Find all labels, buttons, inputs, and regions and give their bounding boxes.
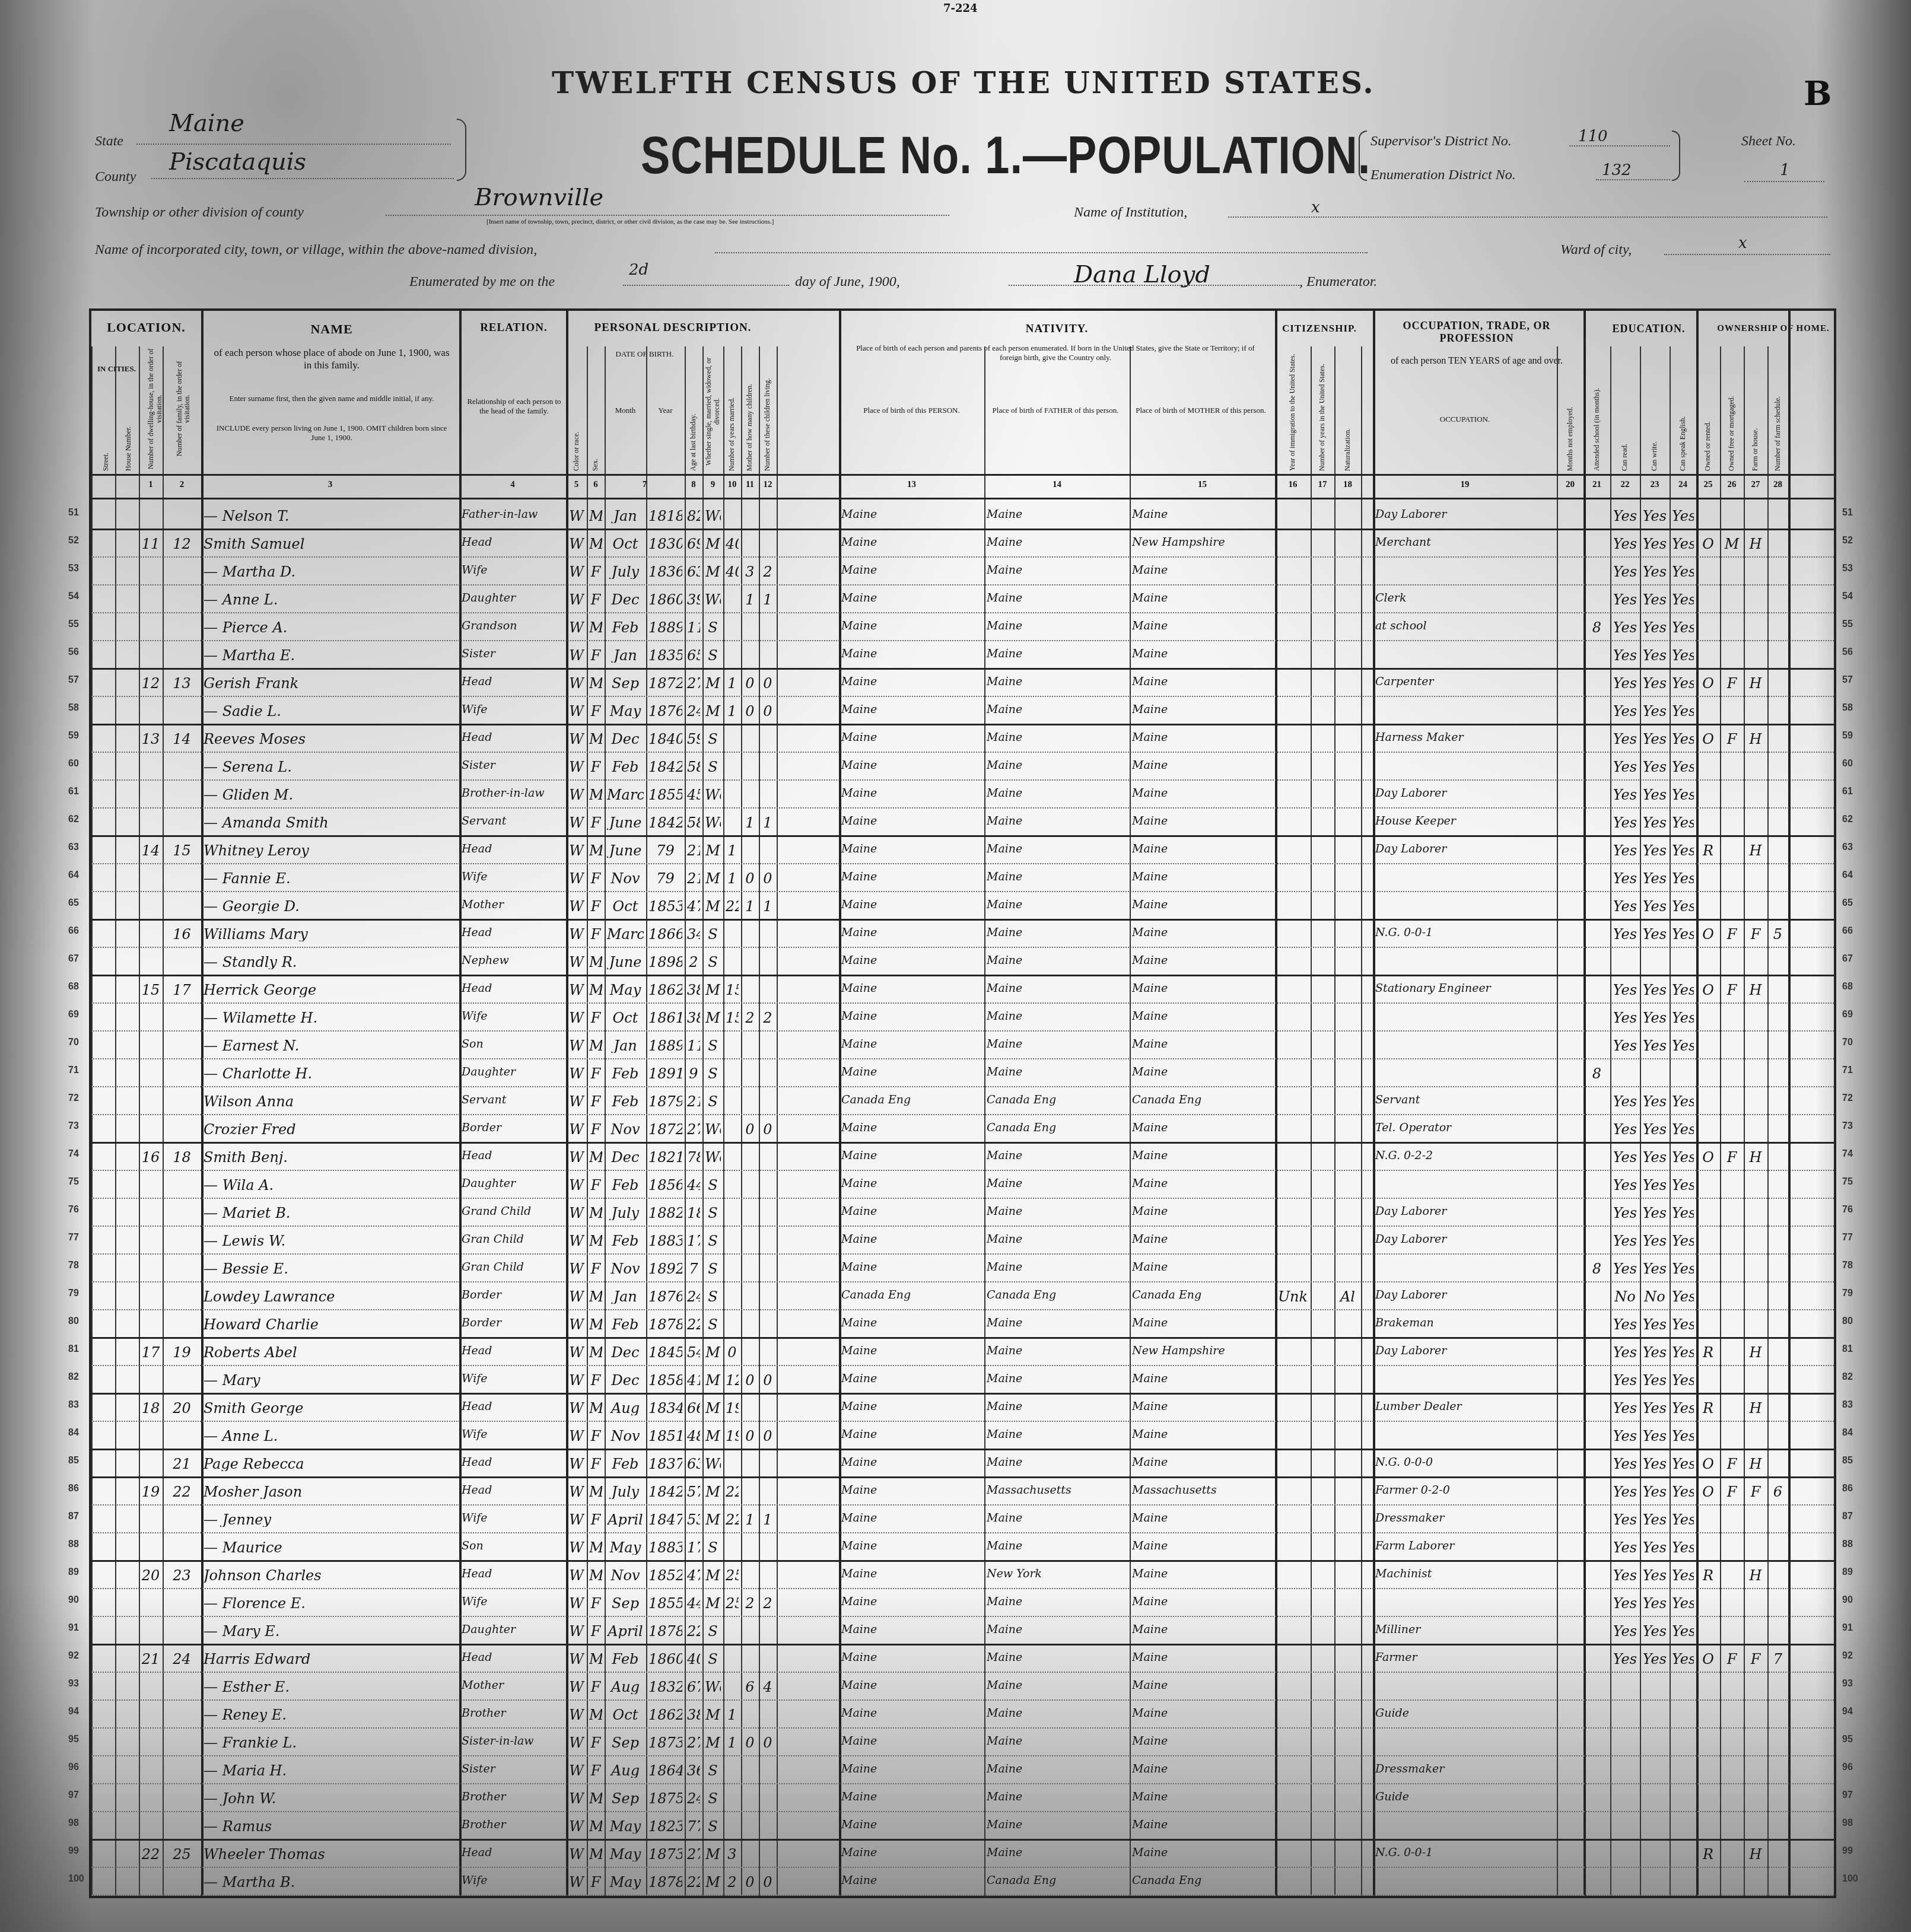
- cell-farm: H: [1746, 1401, 1765, 1415]
- line-number-left: 98: [68, 1818, 79, 1829]
- header-immigration: Year of immigration to the United States…: [1275, 352, 1311, 471]
- institution-line: [1228, 217, 1827, 218]
- cell-color: W: [568, 620, 584, 635]
- cell-color: W: [568, 1568, 584, 1583]
- line-number-left: 63: [68, 842, 79, 853]
- cell-write: Yes: [1642, 509, 1667, 523]
- line-number-left: 93: [68, 1679, 79, 1689]
- cell-english: Yes: [1672, 1011, 1694, 1025]
- cell-english: Yes: [1672, 1513, 1694, 1527]
- cell-bp-father: Maine: [987, 1847, 1127, 1858]
- line-number-left: 91: [68, 1623, 79, 1634]
- cell-dwelling: 15: [141, 983, 160, 997]
- column-number: 18: [1334, 480, 1361, 490]
- cell-age: 2: [687, 955, 700, 969]
- cell-year: 1842: [648, 1485, 682, 1499]
- cell-english: Yes: [1672, 844, 1694, 858]
- cell-bp-mother: Maine: [1132, 1178, 1273, 1189]
- line-number-left: 64: [68, 870, 79, 881]
- cell-farm: F: [1746, 927, 1765, 941]
- cell-marital: S: [705, 1819, 721, 1834]
- cell-occupation: N.G. 0-0-1: [1375, 927, 1554, 938]
- header-years-married: Number of years married.: [723, 352, 741, 471]
- cell-year: 1840: [648, 732, 682, 746]
- table-row: — Earnest N.SonWMJan188911SMaineMaineMai…: [91, 1030, 1788, 1058]
- cell-school: 8: [1586, 1262, 1608, 1276]
- cell-read: Yes: [1613, 1373, 1637, 1387]
- cell-occupation: Harness Maker: [1375, 732, 1554, 743]
- cell-relation: Wife: [462, 1011, 564, 1022]
- cell-write: Yes: [1642, 648, 1667, 663]
- cell-marital: M: [705, 1429, 721, 1443]
- cell-bp-person: Maine: [841, 844, 982, 855]
- table-row: — Martha E.SisterWFJan183565SMaineMaineM…: [91, 640, 1788, 668]
- cell-marital: Wd: [705, 593, 721, 607]
- cell-year: 1855: [648, 1596, 682, 1610]
- cell-marital: S: [705, 1764, 721, 1778]
- cell-year: 1860: [648, 593, 682, 607]
- cell-mother-of: 0: [743, 1875, 756, 1889]
- cell-bp-father: Maine: [987, 955, 1127, 966]
- cell-owned: O: [1699, 1485, 1718, 1499]
- cell-marital: Wd: [705, 1680, 721, 1694]
- cell-english: Yes: [1672, 1317, 1694, 1332]
- cell-owned: O: [1699, 1457, 1718, 1471]
- cell-age: 24: [687, 1791, 700, 1806]
- cell-relation: Wife: [462, 1875, 564, 1886]
- cell-age: 59: [687, 732, 700, 746]
- cell-bp-father: Maine: [987, 1345, 1127, 1357]
- header-sex: Sex.: [587, 352, 605, 471]
- cell-sex: M: [589, 1485, 602, 1499]
- cell-color: W: [568, 565, 584, 579]
- cell-occupation: Farmer 0-2-0: [1375, 1485, 1554, 1496]
- line-number-right: 98: [1842, 1818, 1853, 1829]
- cell-name: — Mariet B.: [203, 1206, 457, 1220]
- cell-free: F: [1722, 1150, 1741, 1164]
- line-number-right: 52: [1842, 536, 1853, 546]
- cell-free: F: [1722, 1485, 1741, 1499]
- cell-family: 14: [165, 732, 199, 746]
- column-number: 21: [1584, 480, 1610, 490]
- cell-living: 0: [761, 1736, 774, 1750]
- cell-bp-father: Maine: [987, 704, 1127, 715]
- cell-bp-person: Maine: [841, 1429, 982, 1440]
- cell-family: 18: [165, 1150, 199, 1164]
- cell-english: Yes: [1672, 676, 1694, 690]
- cell-occupation: House Keeper: [1375, 816, 1554, 827]
- column-number: 16: [1275, 480, 1311, 490]
- line-number-left: 73: [68, 1121, 79, 1132]
- cell-age: 44: [687, 1178, 700, 1192]
- line-number-left: 81: [68, 1344, 79, 1355]
- cell-marital: S: [705, 1624, 721, 1638]
- census-title: TWELFTH CENSUS OF THE UNITED STATES.: [552, 65, 1375, 100]
- cell-farm: F: [1746, 1652, 1765, 1666]
- cell-english: Yes: [1672, 1122, 1694, 1137]
- cell-bp-person: Maine: [841, 593, 982, 604]
- cell-name: — Martha D.: [203, 565, 457, 579]
- cell-month: May: [607, 704, 644, 718]
- cell-occupation: Day Laborer: [1375, 844, 1554, 855]
- cell-bp-person: Maine: [841, 1736, 982, 1747]
- cell-living: 0: [761, 1875, 774, 1889]
- cell-bp-person: Maine: [841, 1819, 982, 1831]
- cell-bp-father: Canada Eng: [987, 1122, 1127, 1134]
- cell-read: Yes: [1613, 1150, 1637, 1164]
- cell-sex: F: [589, 1624, 602, 1638]
- cell-sex: F: [589, 704, 602, 718]
- table-row: — Sadie L.WifeWFMay187624M100MaineMaineM…: [91, 696, 1788, 724]
- cell-relation: Servant: [462, 816, 564, 827]
- cell-color: W: [568, 1290, 584, 1304]
- cell-month: Jan: [607, 1039, 644, 1053]
- cell-sex: M: [589, 1708, 602, 1722]
- cell-sex: F: [589, 1011, 602, 1025]
- line-number-left: 54: [68, 591, 79, 602]
- header-color: Color or race.: [566, 352, 587, 471]
- county-line: [151, 178, 454, 179]
- cell-relation: Head: [462, 1457, 564, 1468]
- cell-free: F: [1722, 1652, 1741, 1666]
- cell-farm: H: [1746, 1345, 1765, 1360]
- cell-english: Yes: [1672, 1596, 1694, 1610]
- header-attended-school: Attended school (in months).: [1584, 352, 1610, 471]
- cell-english: Yes: [1672, 788, 1694, 802]
- column-number: 7: [605, 480, 685, 490]
- header-occupation-desc: of each person TEN YEARS of age and over…: [1379, 355, 1575, 367]
- cell-farm: H: [1746, 537, 1765, 551]
- cell-color: W: [568, 732, 584, 746]
- header-owned-rented: Owned or rented.: [1696, 352, 1720, 471]
- column-number: 13: [839, 480, 984, 490]
- cell-write: Yes: [1642, 1345, 1667, 1360]
- cell-bp-person: Maine: [841, 1262, 982, 1273]
- line-number-left: 53: [68, 564, 79, 574]
- cell-living: 0: [761, 676, 774, 690]
- cell-bp-father: Maine: [987, 593, 1127, 604]
- cell-read: Yes: [1613, 1429, 1637, 1443]
- cell-occupation: Day Laborer: [1375, 1290, 1554, 1301]
- cell-read: Yes: [1613, 788, 1637, 802]
- cell-color: W: [568, 760, 584, 774]
- line-number-left: 84: [68, 1428, 79, 1438]
- cell-living: 1: [761, 593, 774, 607]
- cell-marital: M: [705, 844, 721, 858]
- line-number-left: 97: [68, 1790, 79, 1801]
- cell-marital: M: [705, 537, 721, 551]
- cell-owned: R: [1699, 1568, 1718, 1583]
- cell-age: 27: [687, 1847, 700, 1861]
- line-number-right: 54: [1842, 591, 1853, 602]
- cell-name: — Esther E.: [203, 1680, 457, 1694]
- cell-name: — Maurice: [203, 1540, 457, 1555]
- cell-living: 1: [761, 816, 774, 830]
- cell-age: 22: [687, 1624, 700, 1638]
- cell-age: 21: [687, 1094, 700, 1109]
- cell-month: March: [607, 927, 644, 941]
- cell-marital: Wd: [705, 1122, 721, 1137]
- cell-marital: S: [705, 760, 721, 774]
- table-row: — Reney E.BrotherWMOct186238M1MaineMaine…: [91, 1699, 1788, 1727]
- cell-bp-person: Maine: [841, 1791, 982, 1803]
- cell-write: Yes: [1642, 844, 1667, 858]
- line-number-left: 79: [68, 1288, 79, 1299]
- cell-occupation: Day Laborer: [1375, 1234, 1554, 1245]
- cell-bp-mother: Maine: [1132, 732, 1273, 743]
- cell-month: May: [607, 1540, 644, 1555]
- cell-name: Gerish Frank: [203, 676, 457, 690]
- line-number-right: 60: [1842, 759, 1853, 769]
- cell-schedule: 7: [1770, 1652, 1786, 1666]
- cell-relation: Head: [462, 1485, 564, 1496]
- cell-bp-father: Maine: [987, 1206, 1127, 1217]
- cell-bp-father: Maine: [987, 1764, 1127, 1775]
- cell-bp-mother: Maine: [1132, 509, 1273, 520]
- cell-read: Yes: [1613, 1624, 1637, 1638]
- cell-marital: S: [705, 1290, 721, 1304]
- cell-month: Feb: [607, 1317, 644, 1332]
- cell-month: June: [607, 844, 644, 858]
- cell-marital: M: [705, 1011, 721, 1025]
- line-number-left: 52: [68, 536, 79, 546]
- state-value: Maine: [169, 110, 244, 137]
- cell-sex: F: [589, 899, 602, 914]
- cell-color: W: [568, 1317, 584, 1332]
- cell-age: 47: [687, 1568, 700, 1583]
- cell-bp-father: Maine: [987, 760, 1127, 771]
- cell-bp-mother: Maine: [1132, 1122, 1273, 1134]
- cell-yrs-married: 40: [726, 565, 739, 579]
- column-number: 4: [459, 480, 566, 490]
- cell-english: Yes: [1672, 1485, 1694, 1499]
- cell-bp-person: Maine: [841, 509, 982, 520]
- cell-month: Oct: [607, 899, 644, 914]
- cell-color: W: [568, 1122, 584, 1137]
- cell-color: W: [568, 1624, 584, 1638]
- cell-year: 1876: [648, 1290, 682, 1304]
- cell-write: Yes: [1642, 676, 1667, 690]
- cell-yrs-married: 1: [726, 1708, 739, 1722]
- cell-living: 1: [761, 1513, 774, 1527]
- cell-read: Yes: [1613, 1178, 1637, 1192]
- cell-name: — Lewis W.: [203, 1234, 457, 1248]
- table-row: 1922Mosher JasonHeadWMJuly184257M22Maine…: [91, 1476, 1788, 1504]
- cell-bp-person: Maine: [841, 1150, 982, 1161]
- cell-occupation: Carpenter: [1375, 676, 1554, 688]
- table-row: 1517Herrick GeorgeHeadWMMay186238M15Main…: [91, 975, 1788, 1002]
- line-number-left: 57: [68, 675, 79, 686]
- line-number-right: 91: [1842, 1623, 1853, 1634]
- cell-english: Yes: [1672, 1624, 1694, 1638]
- cell-year: 1852: [648, 1568, 682, 1583]
- cell-year: 1818: [648, 509, 682, 523]
- cell-occupation: Machinist: [1375, 1568, 1554, 1580]
- cell-age: 22: [687, 1317, 700, 1332]
- cell-sex: F: [589, 760, 602, 774]
- cell-name: Crozier Fred: [203, 1122, 457, 1137]
- cell-english: Yes: [1672, 1094, 1694, 1109]
- cell-month: Dec: [607, 1345, 644, 1360]
- line-number-right: 71: [1842, 1065, 1853, 1076]
- cell-read: Yes: [1613, 760, 1637, 774]
- cell-english: Yes: [1672, 1039, 1694, 1053]
- cell-year: 1842: [648, 760, 682, 774]
- cell-color: W: [568, 1513, 584, 1527]
- cell-write: Yes: [1642, 1178, 1667, 1192]
- line-number-left: 69: [68, 1010, 79, 1020]
- cell-age: 34: [687, 927, 700, 941]
- header-farm-house: Farm or house.: [1744, 352, 1767, 471]
- line-number-right: 85: [1842, 1456, 1853, 1466]
- cell-year: 1836: [648, 565, 682, 579]
- cell-write: Yes: [1642, 1429, 1667, 1443]
- cell-sex: M: [589, 1401, 602, 1415]
- cell-living: 0: [761, 1373, 774, 1387]
- cell-marital: S: [705, 1178, 721, 1192]
- state-line: [136, 144, 451, 145]
- cell-bp-mother: Maine: [1132, 704, 1273, 715]
- cell-farm: H: [1746, 676, 1765, 690]
- cell-sex: F: [589, 1122, 602, 1137]
- header-house-number: House Number.: [118, 376, 139, 471]
- cell-write: Yes: [1642, 1373, 1667, 1387]
- cell-owned: R: [1699, 844, 1718, 858]
- cell-read: Yes: [1613, 537, 1637, 551]
- line-number-right: 92: [1842, 1651, 1853, 1662]
- cell-bp-mother: Maine: [1132, 1819, 1273, 1831]
- cell-name: Roberts Abel: [203, 1345, 457, 1360]
- column-number: 2: [163, 480, 201, 490]
- cell-english: Yes: [1672, 1262, 1694, 1276]
- cell-color: W: [568, 1039, 584, 1053]
- cell-mother-of: 2: [743, 1596, 756, 1610]
- cell-yrs-married: 19: [726, 1429, 739, 1443]
- cell-occupation: Tel. Operator: [1375, 1122, 1554, 1134]
- cell-bp-person: Maine: [841, 1596, 982, 1608]
- enumerator-line: [1009, 285, 1299, 286]
- cell-marital: S: [705, 955, 721, 969]
- cell-month: April: [607, 1513, 644, 1527]
- cell-occupation: Merchant: [1375, 537, 1554, 548]
- cell-english: Yes: [1672, 1401, 1694, 1415]
- table-row: 1415Whitney LeroyHeadWMJune7921M1MaineMa…: [91, 835, 1788, 863]
- cell-read: Yes: [1613, 648, 1637, 663]
- cell-sex: F: [589, 1373, 602, 1387]
- cell-farm: H: [1746, 983, 1765, 997]
- cell-relation: Head: [462, 1150, 564, 1161]
- cell-sex: M: [589, 1150, 602, 1164]
- cell-living: 2: [761, 1596, 774, 1610]
- cell-occupation: Day Laborer: [1375, 1206, 1554, 1217]
- cell-name: — Florence E.: [203, 1596, 457, 1610]
- cell-month: July: [607, 1485, 644, 1499]
- table-row: — Wila A.DaughterWFFeb185644SMaineMaineM…: [91, 1170, 1788, 1198]
- line-number-right: 61: [1842, 787, 1853, 797]
- cell-relation: Mother: [462, 899, 564, 911]
- county-label: County: [95, 169, 136, 185]
- cell-bp-father: New York: [987, 1568, 1127, 1580]
- cell-english: Yes: [1672, 816, 1694, 830]
- header-marital: Whether single, married, widowed, or div…: [702, 352, 723, 471]
- cell-bp-person: Maine: [841, 983, 982, 994]
- cell-occupation: at school: [1375, 620, 1554, 632]
- cell-bp-father: Maine: [987, 1262, 1127, 1273]
- cell-occupation: N.G. 0-0-0: [1375, 1457, 1554, 1468]
- table-row: Wilson AnnaServantWFFeb187921SCanada Eng…: [91, 1086, 1788, 1114]
- column-number: 25: [1696, 480, 1720, 490]
- cell-marital: M: [705, 899, 721, 914]
- column-number: 9: [702, 480, 723, 490]
- cell-bp-mother: Canada Eng: [1132, 1290, 1273, 1301]
- cell-bp-person: Maine: [841, 899, 982, 911]
- cell-bp-person: Maine: [841, 1513, 982, 1524]
- table-row: — Georgie D.MotherWFOct185347M2211MaineM…: [91, 891, 1788, 919]
- cell-free: F: [1722, 732, 1741, 746]
- header-birth-father: Place of birth of FATHER of this person.: [984, 406, 1127, 415]
- cell-relation: Mother: [462, 1680, 564, 1691]
- cell-write: Yes: [1642, 1401, 1667, 1415]
- cell-bp-mother: Maine: [1132, 1262, 1273, 1273]
- cell-living: 0: [761, 1122, 774, 1137]
- cell-write: Yes: [1642, 1568, 1667, 1583]
- header-divider: [91, 474, 1834, 476]
- cell-dwelling: 11: [141, 537, 160, 551]
- cell-sex: M: [589, 788, 602, 802]
- cell-read: Yes: [1613, 1122, 1637, 1137]
- cell-yrs-married: 15: [726, 983, 739, 997]
- enumerator-label: , Enumerator.: [1299, 274, 1377, 290]
- cell-free: F: [1722, 676, 1741, 690]
- line-number-right: 73: [1842, 1121, 1853, 1132]
- enumeration-line: [1596, 179, 1670, 180]
- cell-family: 24: [165, 1652, 199, 1666]
- cell-read: Yes: [1613, 1540, 1637, 1555]
- cell-marital: M: [705, 1401, 721, 1415]
- cell-age: 18: [687, 1206, 700, 1220]
- header-education: EDUCATION.: [1584, 323, 1714, 335]
- cell-bp-father: Canada Eng: [987, 1290, 1127, 1301]
- cell-month: Aug: [607, 1764, 644, 1778]
- city-line: [715, 252, 1368, 253]
- cell-read: Yes: [1613, 1513, 1637, 1527]
- table-row: 2124Harris EdwardHeadWMFeb186040SMaineMa…: [91, 1644, 1788, 1672]
- cell-occupation: Lumber Dealer: [1375, 1401, 1554, 1412]
- cell-living: 0: [761, 704, 774, 718]
- cell-bp-mother: Maine: [1132, 648, 1273, 660]
- line-number-right: 80: [1842, 1316, 1853, 1327]
- cell-month: Feb: [607, 620, 644, 635]
- cell-age: 41: [687, 1373, 700, 1387]
- cell-month: Oct: [607, 1708, 644, 1722]
- cell-year: 1878: [648, 1875, 682, 1889]
- cell-age: 27: [687, 1122, 700, 1137]
- cell-name: Reeves Moses: [203, 732, 457, 746]
- enumerated-suffix: day of June, 1900,: [795, 274, 900, 290]
- cell-sex: F: [589, 1680, 602, 1694]
- cell-relation: Wife: [462, 1513, 564, 1524]
- cell-year: 1876: [648, 704, 682, 718]
- cell-sex: M: [589, 1540, 602, 1555]
- cell-english: Yes: [1672, 732, 1694, 746]
- cell-bp-person: Maine: [841, 1317, 982, 1329]
- cell-bp-mother: Maine: [1132, 760, 1273, 771]
- cell-family: 16: [165, 927, 199, 941]
- line-number-right: 93: [1842, 1679, 1853, 1689]
- cell-bp-mother: Maine: [1132, 983, 1273, 994]
- cell-mother-of: 0: [743, 704, 756, 718]
- table-row: — Martha B.WifeWFMay187822M200MaineCanad…: [91, 1867, 1788, 1895]
